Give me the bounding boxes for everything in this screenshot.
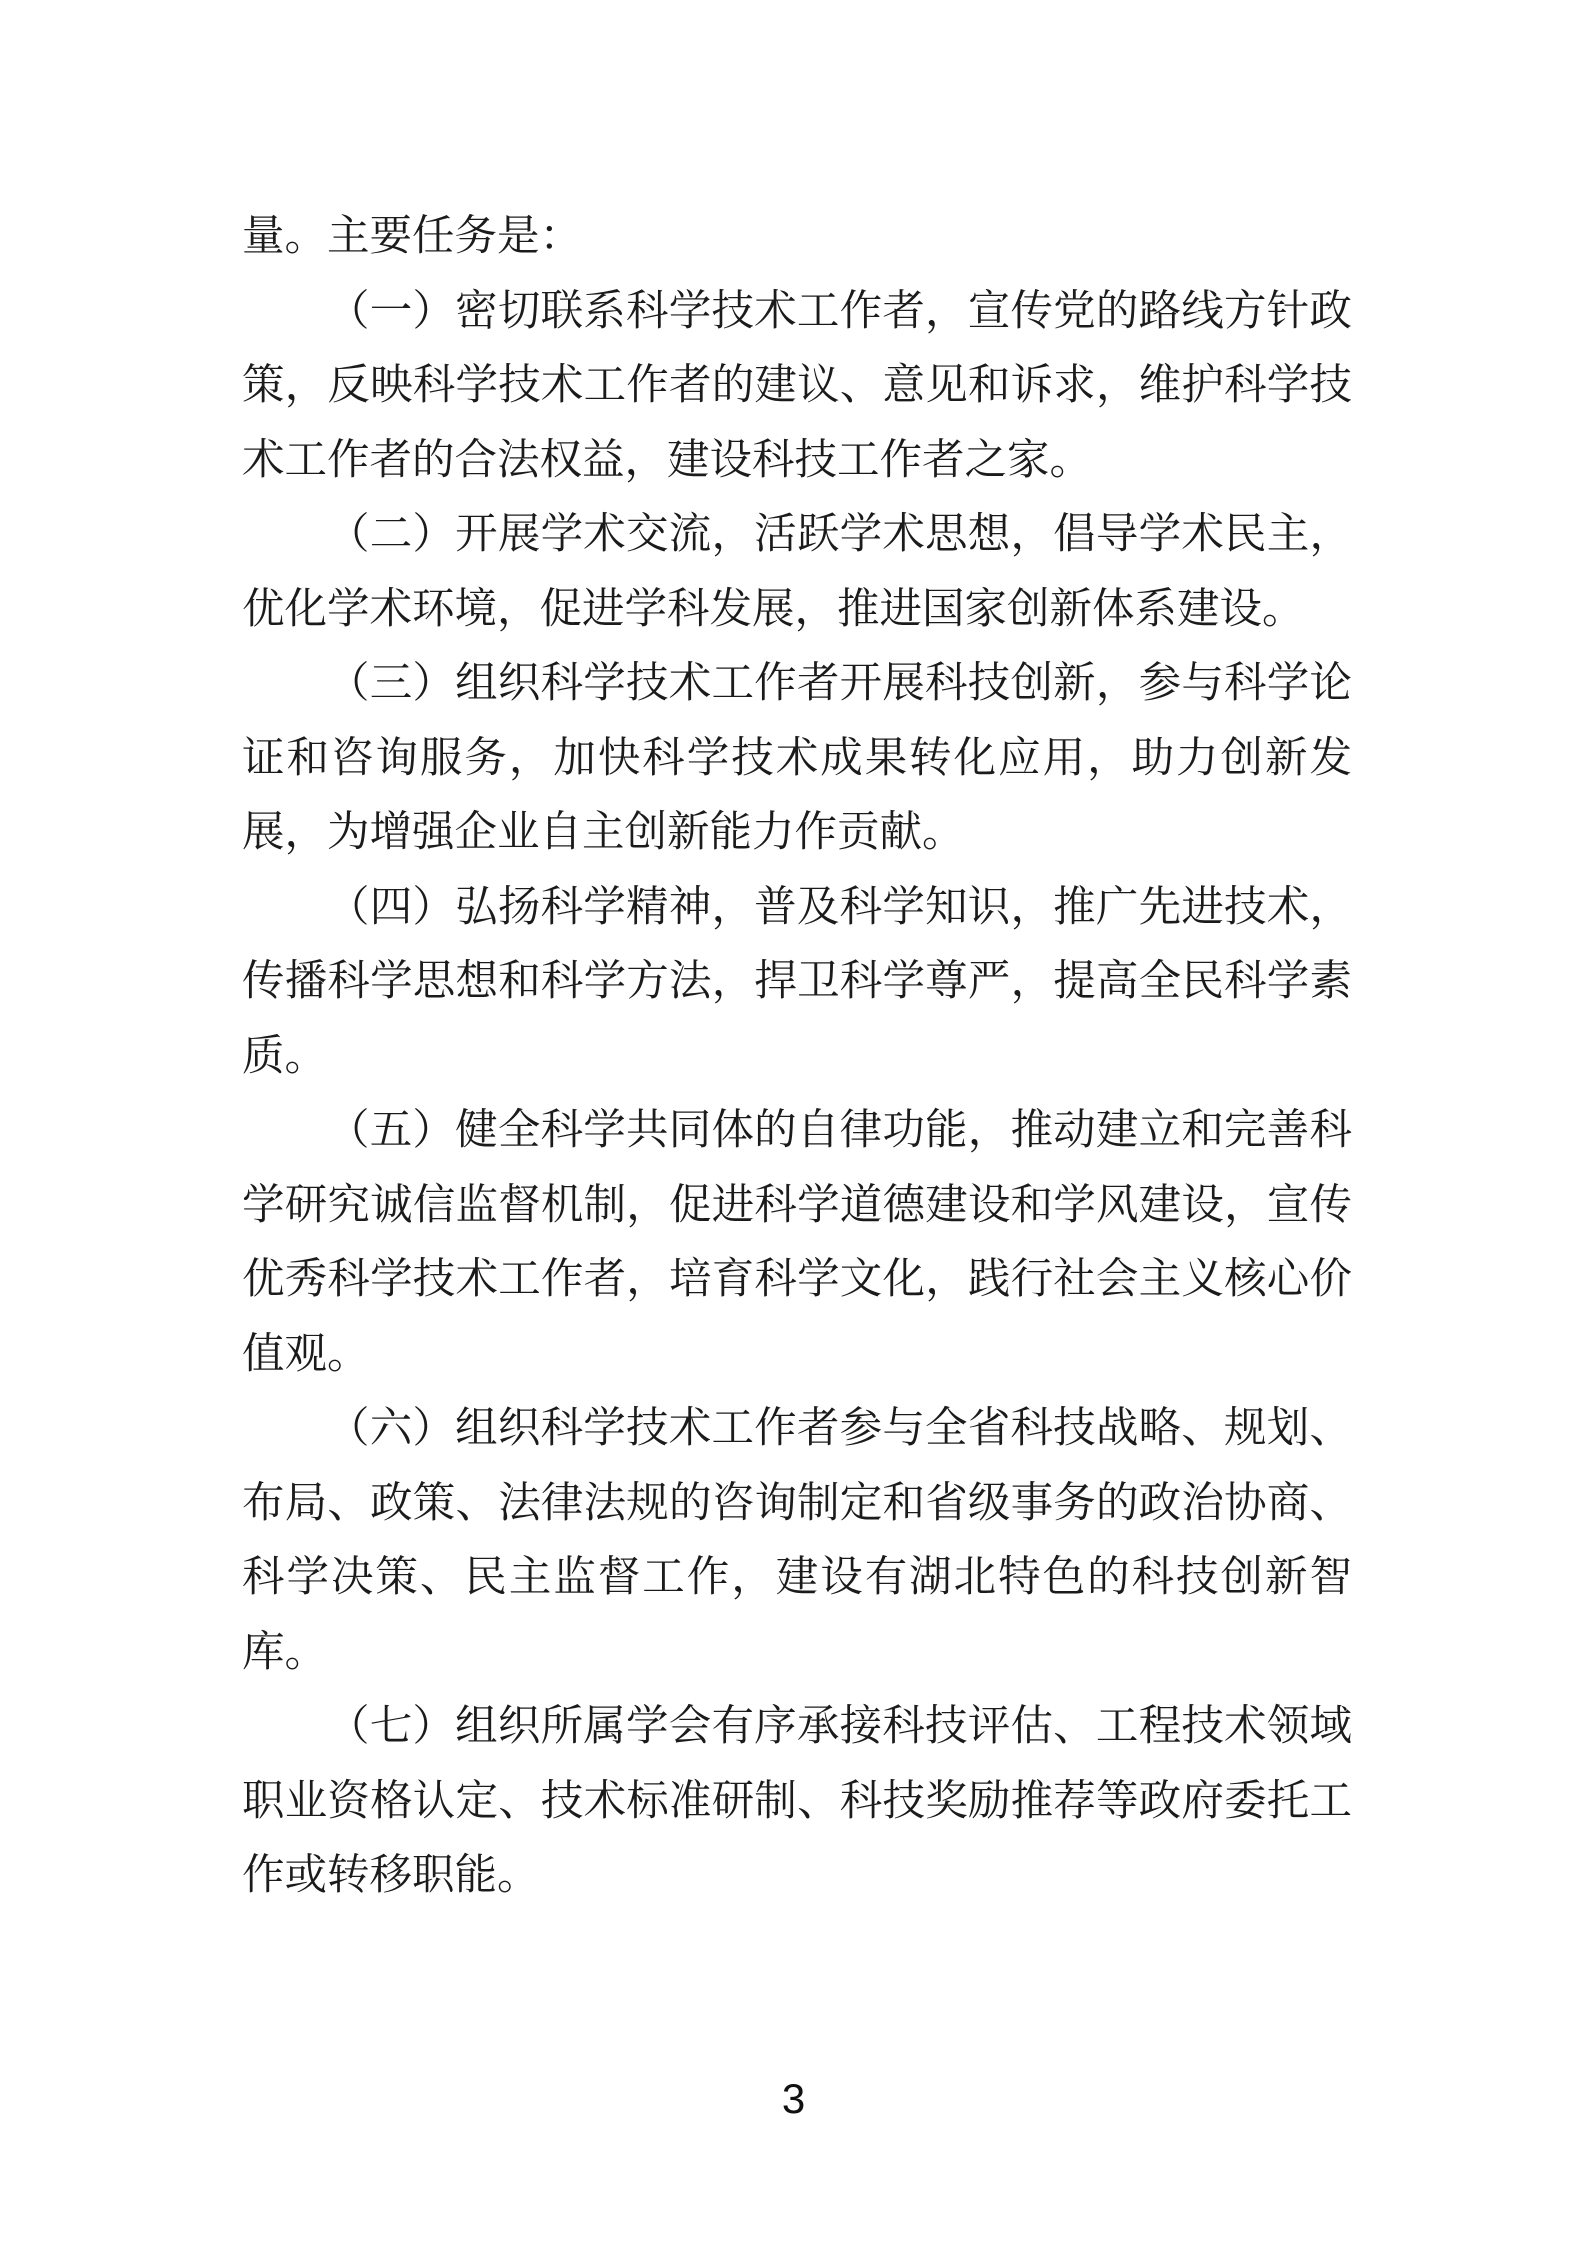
paragraph-item-1: （一）密切联系科学技术工作者，宣传党的路线方针政策，反映科学技术工作者的建议、意… xyxy=(242,275,1352,499)
paragraph-item-4: （四）弘扬科学精神，普及科学知识，推广先进技术，传播科学思想和科学方法，捍卫科学… xyxy=(242,871,1352,1095)
paragraph-item-3: （三）组织科学技术工作者开展科技创新，参与科学论证和咨询服务，加快科学技术成果转… xyxy=(242,647,1352,871)
document-body: 量。主要任务是： （一）密切联系科学技术工作者，宣传党的路线方针政策，反映科学技… xyxy=(242,200,1352,1914)
paragraph-item-7: （七）组织所属学会有序承接科技评估、工程技术领域职业资格认定、技术标准研制、科技… xyxy=(242,1690,1352,1914)
page-number: 3 xyxy=(0,2078,1587,2120)
paragraph-continuation: 量。主要任务是： xyxy=(242,200,1352,275)
paragraph-item-6: （六）组织科学技术工作者参与全省科技战略、规划、布局、政策、法律法规的咨询制定和… xyxy=(242,1392,1352,1690)
paragraph-item-5: （五）健全科学共同体的自律功能，推动建立和完善科学研究诚信监督机制，促进科学道德… xyxy=(242,1094,1352,1392)
document-page: 量。主要任务是： （一）密切联系科学技术工作者，宣传党的路线方针政策，反映科学技… xyxy=(0,0,1587,2245)
paragraph-item-2: （二）开展学术交流，活跃学术思想，倡导学术民主，优化学术环境，促进学科发展，推进… xyxy=(242,498,1352,647)
